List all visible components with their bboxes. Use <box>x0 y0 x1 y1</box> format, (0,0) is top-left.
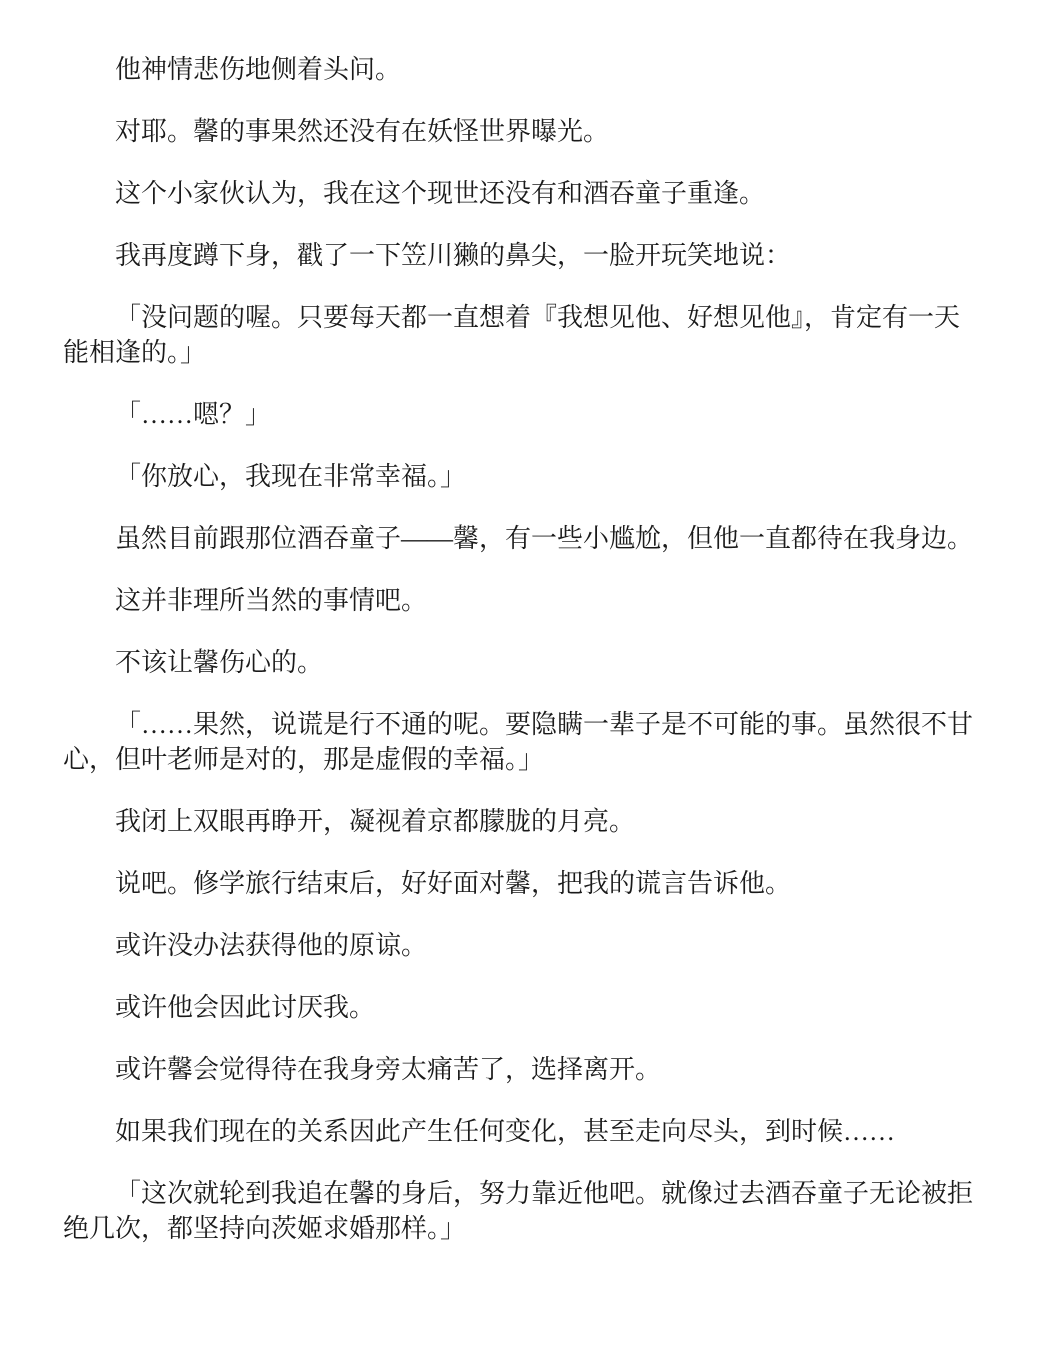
paragraph: 我再度蹲下身，戳了一下笠川獭的鼻尖，一脸开玩笑地说： <box>63 238 973 273</box>
paragraph: 虽然目前跟那位酒吞童子——馨，有一些小尴尬，但他一直都待在我身边。 <box>63 521 973 556</box>
paragraph: 这个小家伙认为，我在这个现世还没有和酒吞童子重逢。 <box>63 176 973 211</box>
paragraph-quote: 「这次就轮到我追在馨的身后，努力靠近他吧。就像过去酒吞童子无论被拒绝几次，都坚持… <box>63 1176 973 1246</box>
paragraph-quote: 「……嗯？」 <box>63 397 973 432</box>
paragraph: 或许没办法获得他的原谅。 <box>63 928 973 963</box>
paragraph: 对耶。馨的事果然还没有在妖怪世界曝光。 <box>63 114 973 149</box>
paragraph: 他神情悲伤地侧着头问。 <box>63 52 973 87</box>
paragraph: 说吧。修学旅行结束后，好好面对馨，把我的谎言告诉他。 <box>63 866 973 901</box>
paragraph-quote: 「没问题的喔。只要每天都一直想着『我想见他、好想见他』，肯定有一天能相逢的。」 <box>63 300 973 370</box>
paragraph: 如果我们现在的关系因此产生任何变化，甚至走向尽头，到时候…… <box>63 1114 973 1149</box>
paragraph: 不该让馨伤心的。 <box>63 645 973 680</box>
novel-page: 他神情悲伤地侧着头问。 对耶。馨的事果然还没有在妖怪世界曝光。 这个小家伙认为，… <box>0 0 1046 1354</box>
paragraph-quote: 「你放心，我现在非常幸福。」 <box>63 459 973 494</box>
paragraph: 或许馨会觉得待在我身旁太痛苦了，选择离开。 <box>63 1052 973 1087</box>
paragraph-quote: 「……果然，说谎是行不通的呢。要隐瞒一辈子是不可能的事。虽然很不甘心，但叶老师是… <box>63 707 973 777</box>
paragraph: 我闭上双眼再睁开，凝视着京都朦胧的月亮。 <box>63 804 973 839</box>
paragraph: 这并非理所当然的事情吧。 <box>63 583 973 618</box>
paragraph: 或许他会因此讨厌我。 <box>63 990 973 1025</box>
